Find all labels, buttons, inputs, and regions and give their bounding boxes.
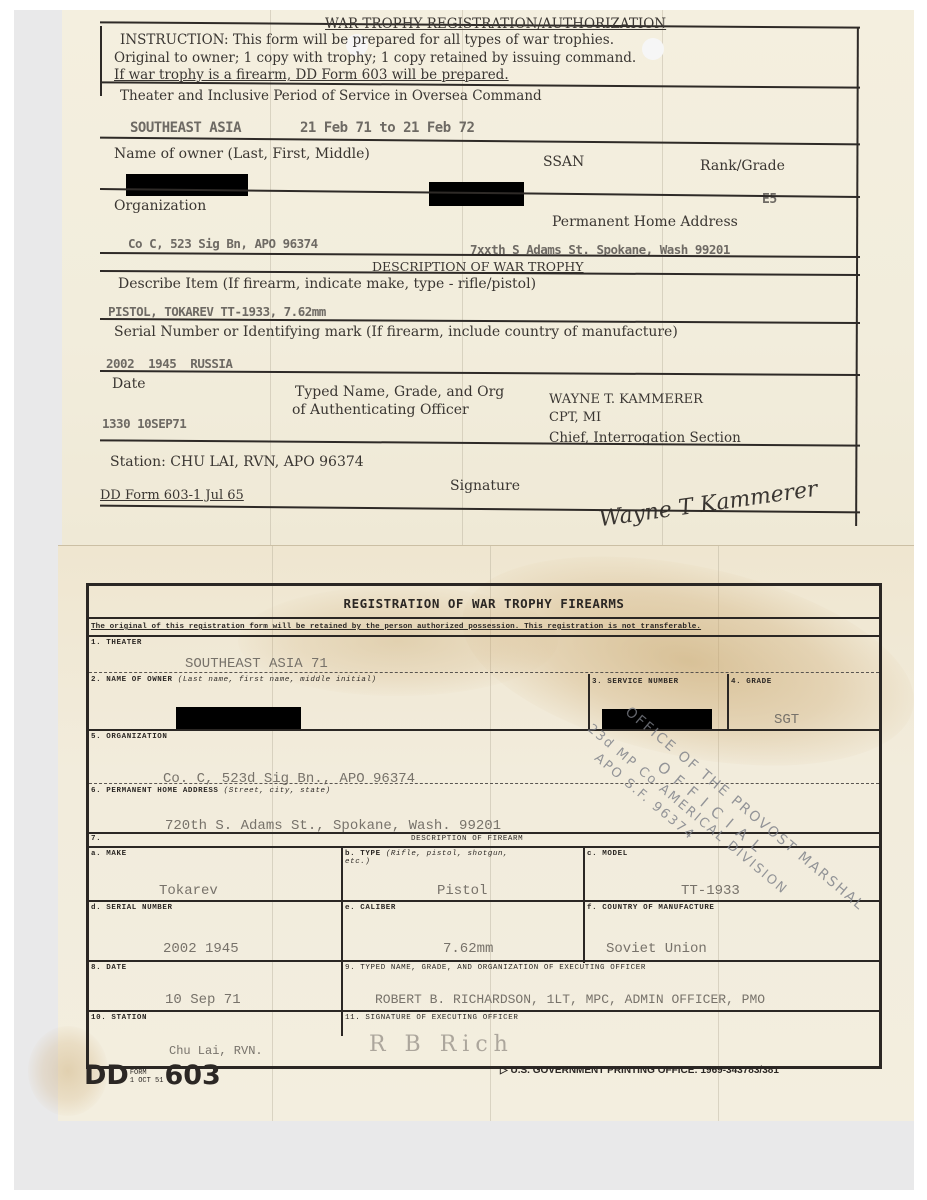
auth-officer-label-2: of Authenticating Officer: [292, 402, 469, 418]
theater-value: SOUTHEAST ASIA 71: [185, 656, 328, 672]
home-address-label: 6. PERMANENT HOME ADDRESS (Street, city,…: [91, 787, 331, 795]
serial-number-label: d. SERIAL NUMBER: [91, 904, 173, 912]
dd-form-number: DDFORM1 OCT 51603: [84, 1060, 221, 1091]
ssan-label: SSAN: [543, 154, 584, 170]
type-value: Pistol: [437, 883, 487, 899]
serial-label: Serial Number or Identifying mark (If fi…: [114, 324, 678, 340]
gpo-imprint: ▷ U.S. GOVERNMENT PRINTING OFFICE: 1969-…: [500, 1065, 779, 1076]
signature-label: Signature: [450, 478, 520, 494]
theater-value: SOUTHEAST ASIA: [130, 120, 241, 136]
exec-signature-label: 11. SIGNATURE OF EXECUTING OFFICER: [345, 1014, 518, 1022]
grade-label: 4. GRADE: [731, 678, 772, 686]
theater-label: 1. THEATER: [91, 639, 142, 647]
exec-officer-label: 9. TYPED NAME, GRADE, AND ORGANIZATION O…: [345, 964, 646, 972]
date-value: 10 Sep 71: [165, 992, 241, 1008]
instruction-line: If war trophy is a firearm, DD Form 603 …: [114, 67, 509, 83]
station-value: Station: CHU LAI, RVN, APO 96374: [110, 454, 364, 470]
describe-item-value: PISTOL, TOKAREV TT-1933, 7.62mm: [108, 304, 326, 319]
type-label: b. TYPE (Rifle, pistol, shotgun, etc.): [345, 850, 535, 866]
instruction-line: Original to owner; 1 copy with trophy; 1…: [114, 50, 636, 66]
grade-value: SGT: [774, 712, 799, 728]
make-label: a. MAKE: [91, 850, 127, 858]
redacted-owner-name: [176, 707, 301, 730]
date-value: 1330 10SEP71: [102, 416, 186, 431]
auth-officer-grade: CPT, MI: [549, 410, 601, 425]
caliber-value: 7.62mm: [443, 941, 493, 957]
exec-signature: R B Rich: [369, 1032, 514, 1057]
organization-label: Organization: [114, 198, 206, 214]
description-header: DESCRIPTION OF FIREARM: [411, 835, 523, 843]
transfer-notice: The original of this registration form w…: [91, 623, 701, 631]
caliber-label: e. CALIBER: [345, 904, 396, 912]
auth-officer-name: WAYNE T. KAMMERER: [549, 392, 703, 407]
station-label: 10. STATION: [91, 1014, 147, 1022]
date-label: Date: [112, 376, 145, 392]
form-title: WAR TROPHY REGISTRATION/AUTHORIZATION: [325, 16, 666, 32]
organization-value: Co C, 523 Sig Bn, APO 96374: [128, 236, 318, 251]
serial-value: 2002 1945 RUSSIA: [106, 356, 232, 371]
instruction-line: INSTRUCTION: This form will be prepared …: [120, 32, 614, 48]
owner-name-label: Name of owner (Last, First, Middle): [114, 146, 370, 162]
period-value: 21 Feb 71 to 21 Feb 72: [300, 120, 474, 136]
auth-officer-label-1: Typed Name, Grade, and Org: [295, 384, 504, 400]
make-value: Tokarev: [159, 883, 218, 899]
redacted-owner-name: [126, 174, 248, 196]
owner-name-label: 2. NAME OF OWNER (Last name, first name,…: [91, 676, 377, 684]
service-number-label: 3. SERVICE NUMBER: [592, 678, 679, 686]
organization-label: 5. ORGANIZATION: [91, 733, 168, 741]
theater-label: Theater and Inclusive Period of Service …: [120, 88, 542, 104]
description-number: 7.: [91, 835, 101, 843]
describe-item-label: Describe Item (If firearm, indicate make…: [118, 276, 536, 292]
date-label: 8. DATE: [91, 964, 127, 972]
punch-hole: [642, 38, 664, 60]
form-title: REGISTRATION OF WAR TROPHY FIREARMS: [89, 596, 879, 611]
organization-value: Co. C, 523d Sig Bn., APO 96374: [163, 771, 415, 787]
form-number: DD Form 603-1 Jul 65: [100, 488, 244, 503]
serial-number-value: 2002 1945: [163, 941, 239, 957]
home-address-label: Permanent Home Address: [552, 214, 738, 230]
rank-label: Rank/Grade: [700, 158, 785, 174]
station-value: Chu Lai, RVN.: [169, 1044, 263, 1058]
